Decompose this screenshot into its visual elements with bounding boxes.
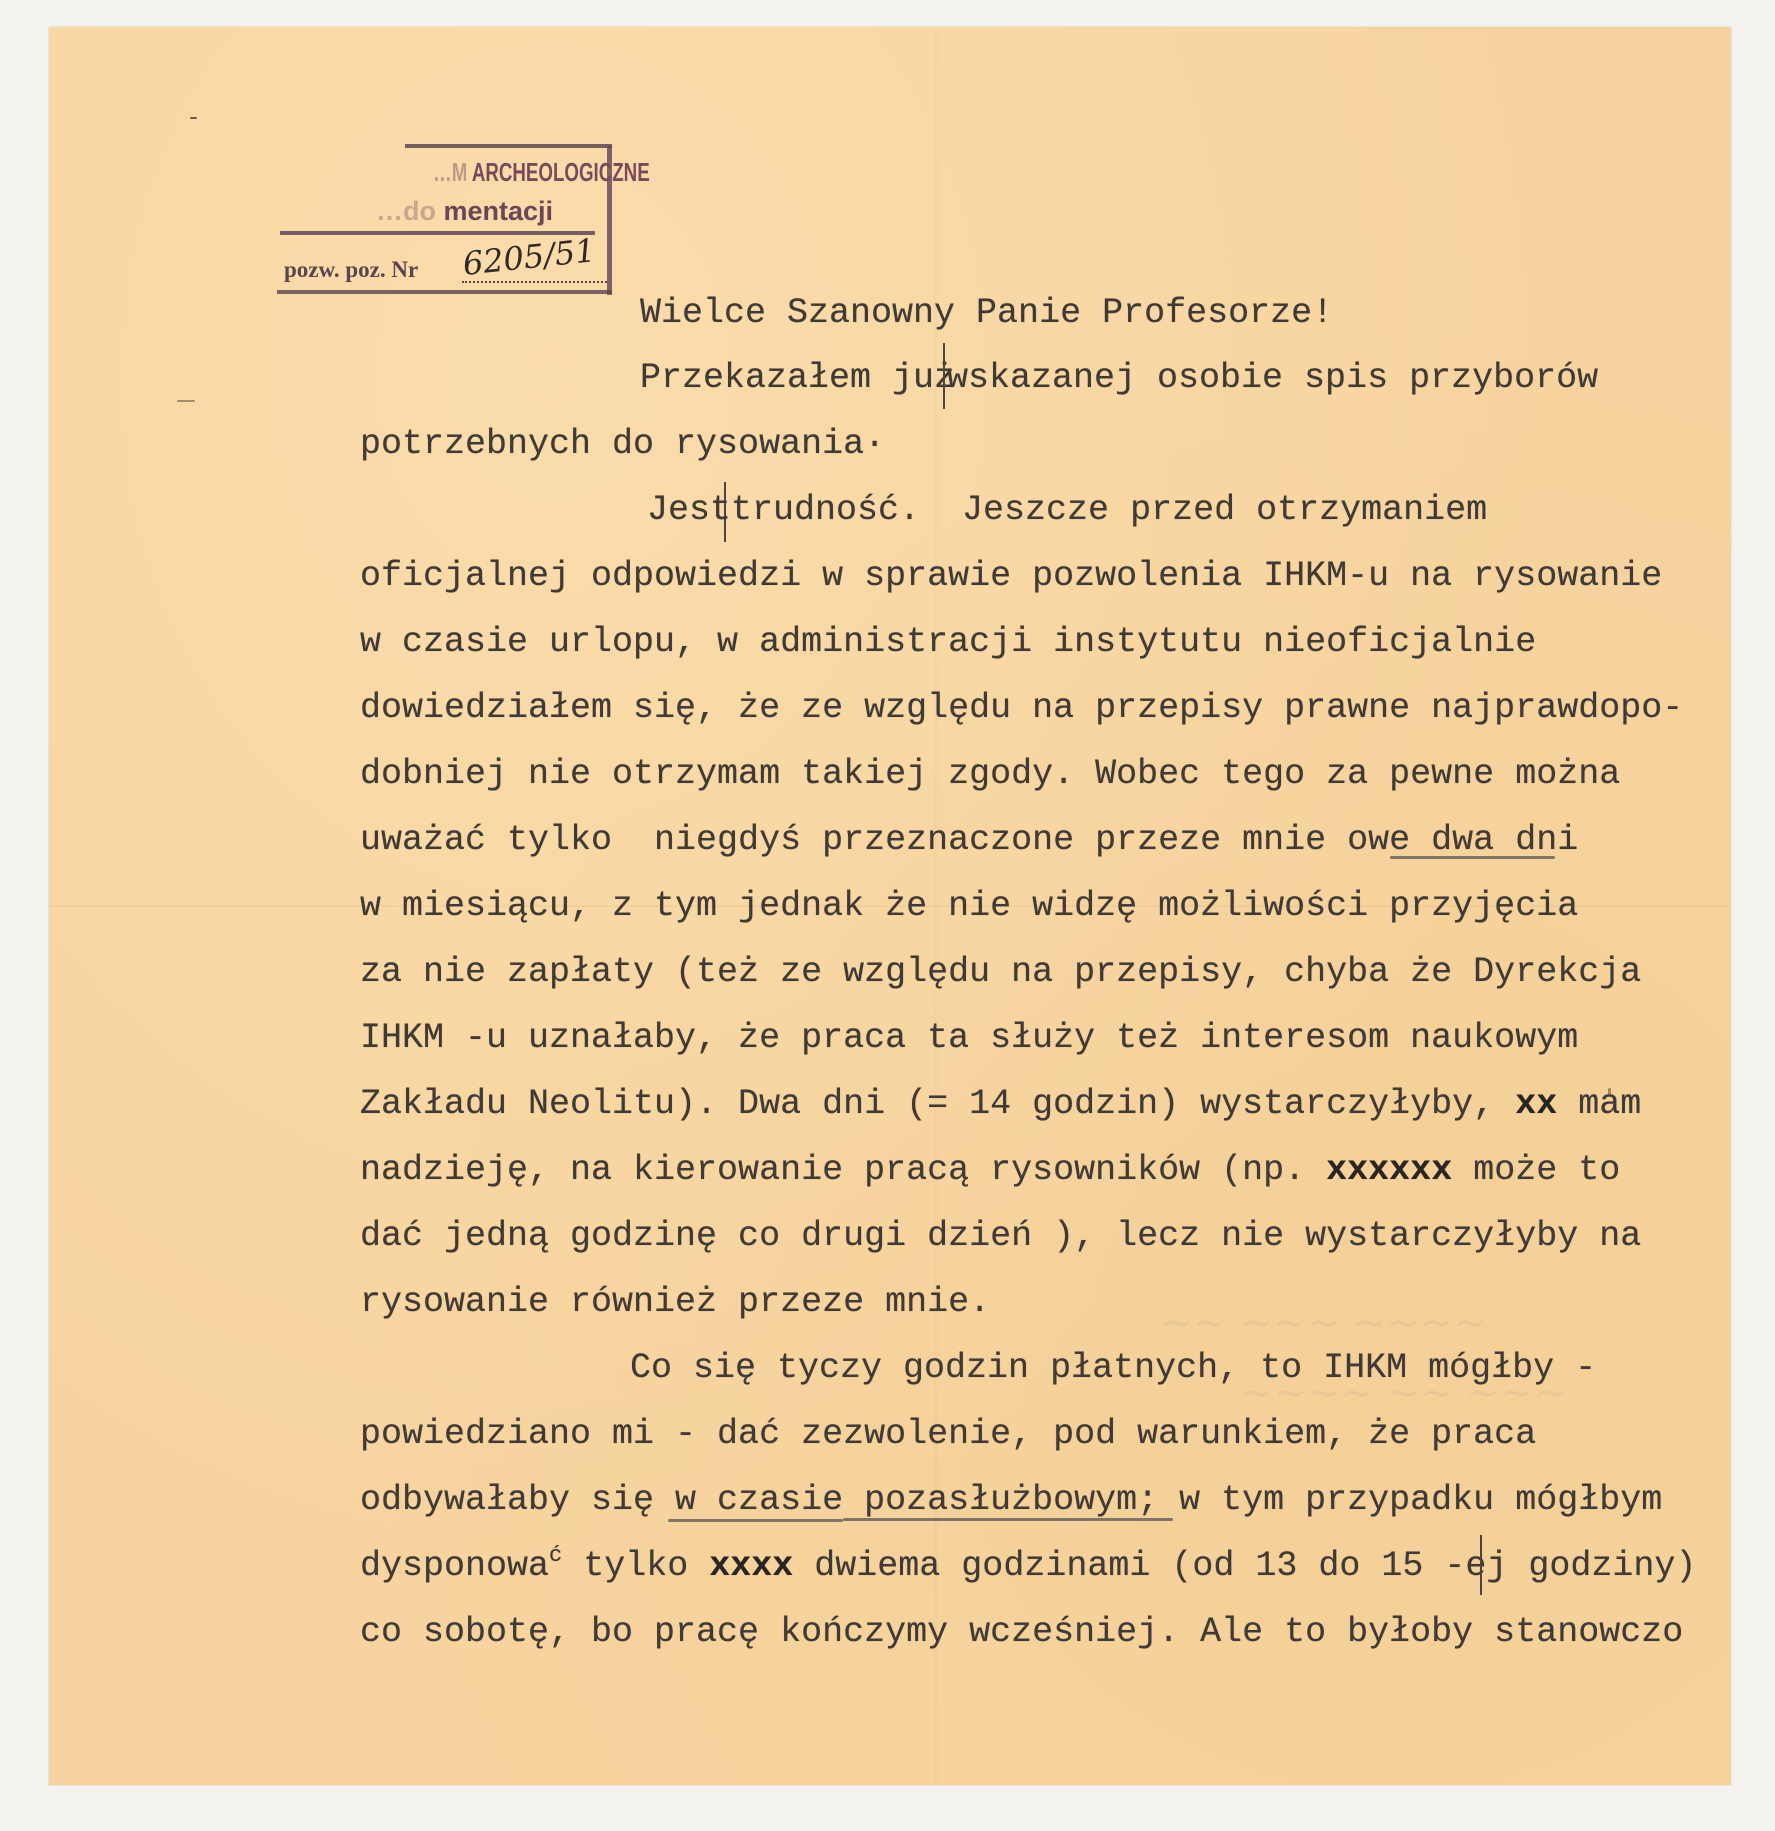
handwritten-word-separator [943, 343, 945, 409]
underline-dwa-dni [1390, 856, 1555, 859]
handwritten-word-separator [1480, 1535, 1482, 1595]
stamp-faded-text: …do [376, 196, 444, 226]
stamp-number-label: pozw. poz. Nr [284, 257, 418, 283]
letter-line-5: w czasie urlopu, w administracji instytu… [360, 623, 1536, 661]
letter-line-8: uważać tylko niegdyś przeznaczone przeze… [360, 821, 1578, 859]
letter-line-6: dowiedziałem się, że ze względu na przep… [360, 689, 1683, 727]
letter-line-12: Zakładu Neolitu). Dwa dni (= 14 godzin) … [360, 1085, 1641, 1123]
stamp-border-top [405, 144, 612, 148]
letter-line-15: rysowanie również przeze mnie. [360, 1283, 990, 1321]
letter-line-19: dysponować tylko xxxx dwiema godzinami (… [360, 1547, 1696, 1589]
superscript-correction: ć [549, 1543, 562, 1568]
letter-line-16: Co się tyczy godzin płatnych, to IHKM mó… [630, 1349, 1596, 1387]
paper-speck [1608, 1088, 1611, 1095]
letter-line-3a: Jes [647, 491, 710, 529]
letter-line-10: za nie zapłaty (też ze względu na przepi… [360, 953, 1641, 991]
letter-line-18: odbywałaby się w czasie pozasłużbowym; w… [360, 1481, 1662, 1519]
line-text: dysponowa [360, 1546, 549, 1586]
stamp-dotted-line [462, 281, 607, 283]
stamp-department-text: …do mentacji [376, 196, 553, 227]
underline-w-czasie-pozasluzbowym [843, 1518, 1173, 1521]
stamp-line-2: mentacji [444, 196, 554, 226]
line-text: mam [1557, 1084, 1641, 1124]
letter-line-3b: ttrudność. Jeszcze przed otrzymaniem [710, 491, 1487, 529]
salutation: Wielce Szanowny Panie Profesorze! [640, 294, 1333, 332]
letter-line-2: potrzebnych do rysowania· [360, 425, 885, 463]
letter-line-13: nadzieję, na kierowanie pracą rysowników… [360, 1151, 1620, 1189]
letter-line-20: co sobotę, bo pracę kończymy wcześniej. … [360, 1613, 1683, 1651]
letter-line-1b: wskazanej osobie spis przyborów [947, 359, 1598, 397]
stamp-line-1: ARCHEOLOGICZNE [472, 157, 650, 187]
stamp-faded-text: …M [433, 157, 467, 187]
crossed-out-text: xx [1515, 1084, 1557, 1124]
show-through-handwriting: ~~ ~~~ ~~~~ [1160, 1300, 1487, 1346]
stamp-divider [280, 231, 595, 235]
letter-line-4: oficjalnej odpowiedzi w sprawie pozwolen… [360, 557, 1662, 595]
line-text: nadzieję, na kierowanie pracą rysowników… [360, 1150, 1326, 1190]
line-text: może to [1452, 1150, 1620, 1190]
underline-w-czasie-pozasluzbowym [668, 1519, 843, 1522]
letter-line-11: IHKM -u uznałaby, że praca ta służy też … [360, 1019, 1578, 1057]
crossed-out-text: xxxxxx [1326, 1150, 1452, 1190]
line-text: dwiema godzinami (od 13 do 15 -ej godzin… [793, 1546, 1696, 1586]
crossed-out-text: xxxx [709, 1546, 793, 1586]
stamp-institution-text: …M ARCHEOLOGICZNE [433, 157, 650, 188]
paper-speck [177, 400, 195, 402]
line-text: Zakładu Neolitu). Dwa dni (= 14 godzin) … [360, 1084, 1515, 1124]
letter-line-9: w miesiącu, z tym jednak że nie widzę mo… [360, 887, 1578, 925]
letter-line-14: dać jedną godzinę co drugi dzień ), lecz… [360, 1217, 1641, 1255]
stamp-border-bottom [277, 290, 612, 294]
paper-speck [190, 117, 197, 119]
letter-line-1a: Przekazałem już [640, 359, 955, 397]
letter-line-17: powiedziano mi - dać zezwolenie, pod war… [360, 1415, 1536, 1453]
letter-line-7: dobniej nie otrzymam takiej zgody. Wobec… [360, 755, 1620, 793]
line-text: tylko [562, 1546, 709, 1586]
